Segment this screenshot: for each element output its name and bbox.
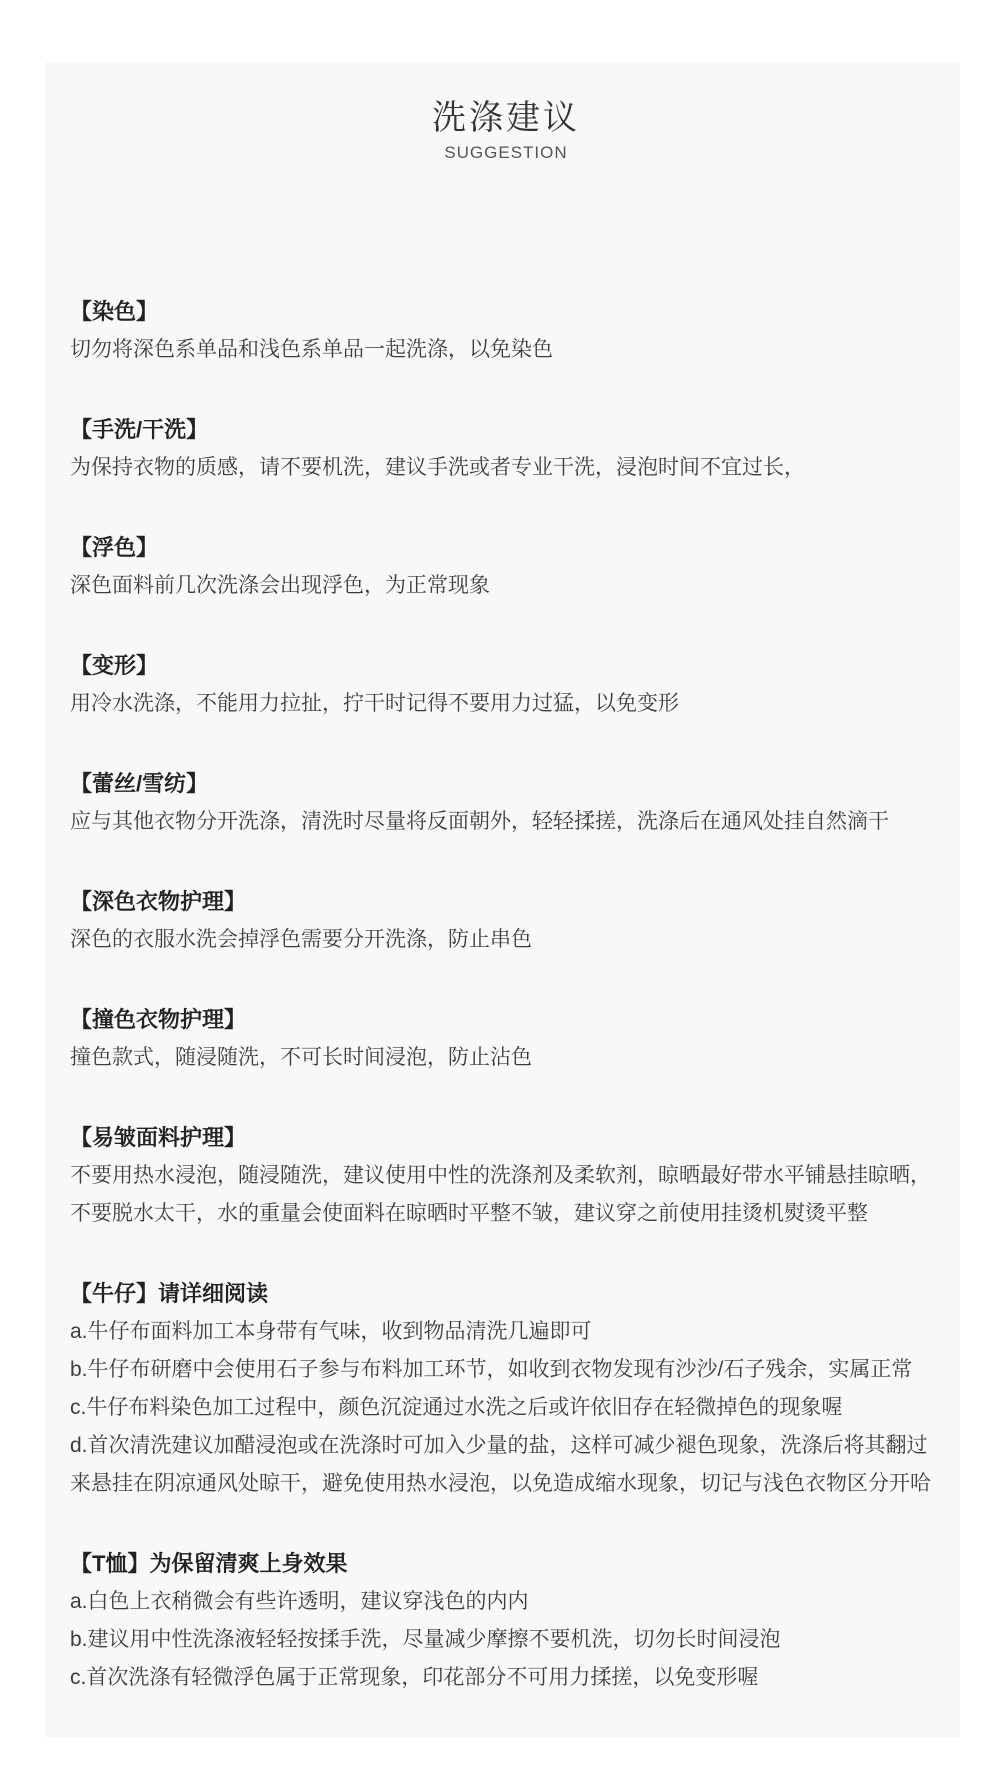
- section-text-line: a.白色上衣稍微会有些许透明，建议穿浅色的内内: [70, 1583, 942, 1621]
- page-subtitle: SUGGESTION: [70, 143, 942, 163]
- section-heading: 【深色衣物护理】: [70, 883, 942, 921]
- care-section: 【深色衣物护理】深色的衣服水洗会掉浮色需要分开洗涤，防止串色: [70, 883, 942, 959]
- section-text-line: 撞色款式，随浸随洗，不可长时间浸泡，防止沾色: [70, 1039, 942, 1077]
- page: { "doc": { "title": "洗涤建议", "subtitle": …: [0, 0, 1000, 1771]
- section-text-line: 不要脱水太干，水的重量会使面料在晾晒时平整不皱，建议穿之前使用挂烫机熨烫平整: [70, 1195, 942, 1233]
- care-sections: 【染色】切勿将深色系单品和浅色系单品一起洗涤，以免染色【手洗/干洗】为保持衣物的…: [70, 293, 942, 1697]
- section-text-line: 来悬挂在阴凉通风处晾干，避免使用热水浸泡，以免造成缩水现象，切记与浅色衣物区分开…: [70, 1465, 942, 1503]
- care-section: 【易皱面料护理】不要用热水浸泡，随浸随洗，建议使用中性的洗涤剂及柔软剂，晾晒最好…: [70, 1119, 942, 1233]
- section-text-line: c.首次洗涤有轻微浮色属于正常现象，印花部分不可用力揉搓，以免变形喔: [70, 1659, 942, 1697]
- section-heading: 【牛仔】请详细阅读: [70, 1275, 942, 1313]
- section-text-line: 深色的衣服水洗会掉浮色需要分开洗涤，防止串色: [70, 921, 942, 959]
- care-section: 【浮色】深色面料前几次洗涤会出现浮色，为正常现象: [70, 529, 942, 605]
- section-text-line: 为保持衣物的质感，请不要机洗，建议手洗或者专业干洗，浸泡时间不宜过长，: [70, 449, 942, 487]
- section-text-line: 深色面料前几次洗涤会出现浮色，为正常现象: [70, 567, 942, 605]
- section-heading: 【浮色】: [70, 529, 942, 567]
- section-heading: 【易皱面料护理】: [70, 1119, 942, 1157]
- section-heading: 【手洗/干洗】: [70, 411, 942, 449]
- section-heading: 【蕾丝/雪纺】: [70, 765, 942, 803]
- suggestion-card: 洗涤建议 SUGGESTION 【染色】切勿将深色系单品和浅色系单品一起洗涤，以…: [45, 62, 960, 1737]
- section-text-line: 不要用热水浸泡，随浸随洗，建议使用中性的洗涤剂及柔软剂，晾晒最好带水平铺悬挂晾晒…: [70, 1157, 942, 1195]
- care-section: 【变形】用冷水洗涤，不能用力拉扯，拧干时记得不要用力过猛，以免变形: [70, 647, 942, 723]
- section-text-line: d.首次清洗建议加醋浸泡或在洗涤时可加入少量的盐，这样可减少褪色现象，洗涤后将其…: [70, 1427, 942, 1465]
- page-title: 洗涤建议: [70, 98, 942, 139]
- section-heading: 【变形】: [70, 647, 942, 685]
- section-heading: 【撞色衣物护理】: [70, 1001, 942, 1039]
- section-text-line: 应与其他衣物分开洗涤，清洗时尽量将反面朝外，轻轻揉搓，洗涤后在通风处挂自然滴干: [70, 803, 942, 841]
- care-section: 【蕾丝/雪纺】应与其他衣物分开洗涤，清洗时尽量将反面朝外，轻轻揉搓，洗涤后在通风…: [70, 765, 942, 841]
- section-text-line: c.牛仔布料染色加工过程中，颜色沉淀通过水洗之后或许依旧存在轻微掉色的现象喔: [70, 1389, 942, 1427]
- section-text-line: a.牛仔布面料加工本身带有气味，收到物品清洗几遍即可: [70, 1313, 942, 1351]
- care-section: 【撞色衣物护理】撞色款式，随浸随洗，不可长时间浸泡，防止沾色: [70, 1001, 942, 1077]
- section-heading: 【T恤】为保留清爽上身效果: [70, 1545, 942, 1583]
- section-text-line: b.建议用中性洗涤液轻轻按揉手洗，尽量减少摩擦不要机洗，切勿长时间浸泡: [70, 1621, 942, 1659]
- care-section: 【染色】切勿将深色系单品和浅色系单品一起洗涤，以免染色: [70, 293, 942, 369]
- section-heading: 【染色】: [70, 293, 942, 331]
- care-section: 【手洗/干洗】为保持衣物的质感，请不要机洗，建议手洗或者专业干洗，浸泡时间不宜过…: [70, 411, 942, 487]
- section-text-line: 用冷水洗涤，不能用力拉扯，拧干时记得不要用力过猛，以免变形: [70, 685, 942, 723]
- care-section: 【T恤】为保留清爽上身效果a.白色上衣稍微会有些许透明，建议穿浅色的内内b.建议…: [70, 1545, 942, 1697]
- care-section: 【牛仔】请详细阅读a.牛仔布面料加工本身带有气味，收到物品清洗几遍即可b.牛仔布…: [70, 1275, 942, 1503]
- section-text-line: 切勿将深色系单品和浅色系单品一起洗涤，以免染色: [70, 331, 942, 369]
- section-text-line: b.牛仔布研磨中会使用石子参与布料加工环节，如收到衣物发现有沙沙/石子残余，实属…: [70, 1351, 942, 1389]
